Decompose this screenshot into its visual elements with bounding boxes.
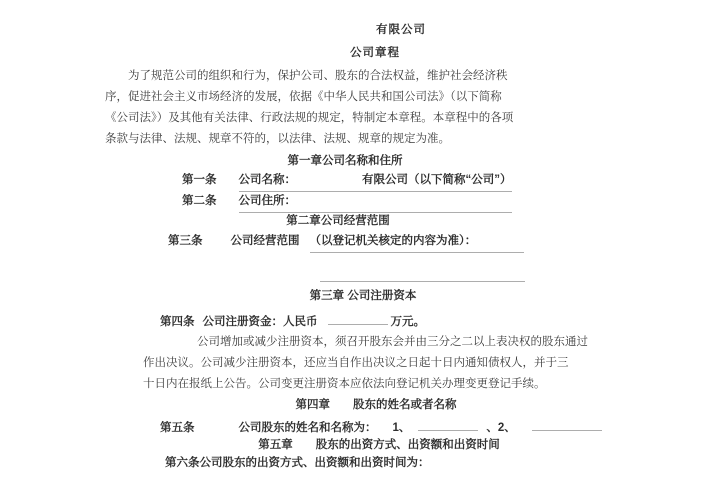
- article-6-text: 第六条公司股东的出资方式、出资额和出资时间为：: [165, 453, 430, 474]
- chapter-1-heading: 第一章公司名称和住所: [91, 151, 599, 172]
- chapter-4-heading: 第四章 股东的姓名或者名称: [122, 395, 630, 416]
- company-address-blank: 公司住所：: [239, 191, 512, 213]
- article-5-row: 第五条 公司股东的姓名和名称为： 1、 、2、: [160, 416, 613, 437]
- article-3-paren: （以登记机关核定的内容为准）：: [310, 235, 477, 247]
- article-2-number: 第二条: [182, 191, 217, 212]
- preamble-paragraph: 为了规范公司的组织和行为，保护公司、股东的合法权益，维护社会经济秩 序，促进社会…: [105, 66, 613, 150]
- document-page: 有限公司 公司章程 为了规范公司的组织和行为，保护公司、股东的合法权益，维护社会…: [0, 0, 713, 480]
- article-4-number: 第四条: [160, 312, 195, 333]
- article-6-row: 第六条公司股东的出资方式、出资额和出资时间为：: [165, 453, 613, 474]
- article-4-unit: 万元。: [391, 312, 426, 333]
- business-scope-blank: （以登记机关核定的内容为准）：: [310, 231, 524, 253]
- article-4-row: 第四条 公司注册资金：人民币 万元。: [160, 310, 613, 331]
- article-1-number: 第一条: [182, 170, 217, 191]
- article-1-label: 公司名称：: [239, 170, 297, 191]
- article-1-suffix: 有限公司（以下简称“公司”）: [362, 170, 512, 191]
- charter-document: 有限公司 公司章程 为了规范公司的组织和行为，保护公司、股东的合法权益，维护社会…: [0, 0, 713, 474]
- shareholder-1-blank: [418, 416, 478, 431]
- shareholder-2-blank: [532, 416, 602, 431]
- doc-title-charter: 公司章程: [121, 43, 629, 64]
- article-2-row: 第二条 公司住所：: [182, 191, 613, 212]
- registered-capital-blank: [328, 310, 388, 325]
- article-3-row: 第三条 公司经营范围 （以登记机关核定的内容为准）：: [168, 231, 613, 252]
- chapter-5-heading: 第五章 股东的出资方式、出资额和出资时间: [125, 435, 633, 456]
- doc-title-company: 有限公司: [147, 20, 655, 41]
- chapter-3-heading: 第三章 公司注册资本: [109, 286, 617, 307]
- article-2-label: 公司住所：: [239, 195, 297, 207]
- company-name-blank: 公司名称： 有限公司（以下简称“公司”）: [239, 170, 512, 192]
- article-1-row: 第一条 公司名称： 有限公司（以下简称“公司”）: [182, 170, 613, 191]
- business-scope-continuation-blank: [320, 281, 525, 282]
- article-3-label: 公司经营范围: [231, 231, 300, 252]
- chapter-2-heading: 第二章公司经营范围: [84, 211, 592, 232]
- article-4-label: 公司注册资金：人民币: [203, 312, 318, 333]
- capital-change-paragraph: 公司增加或减少注册资本，须召开股东会并由三分之二以上表决权的股东通过 作出决议。…: [143, 332, 613, 395]
- article-3-number: 第三条: [168, 231, 203, 252]
